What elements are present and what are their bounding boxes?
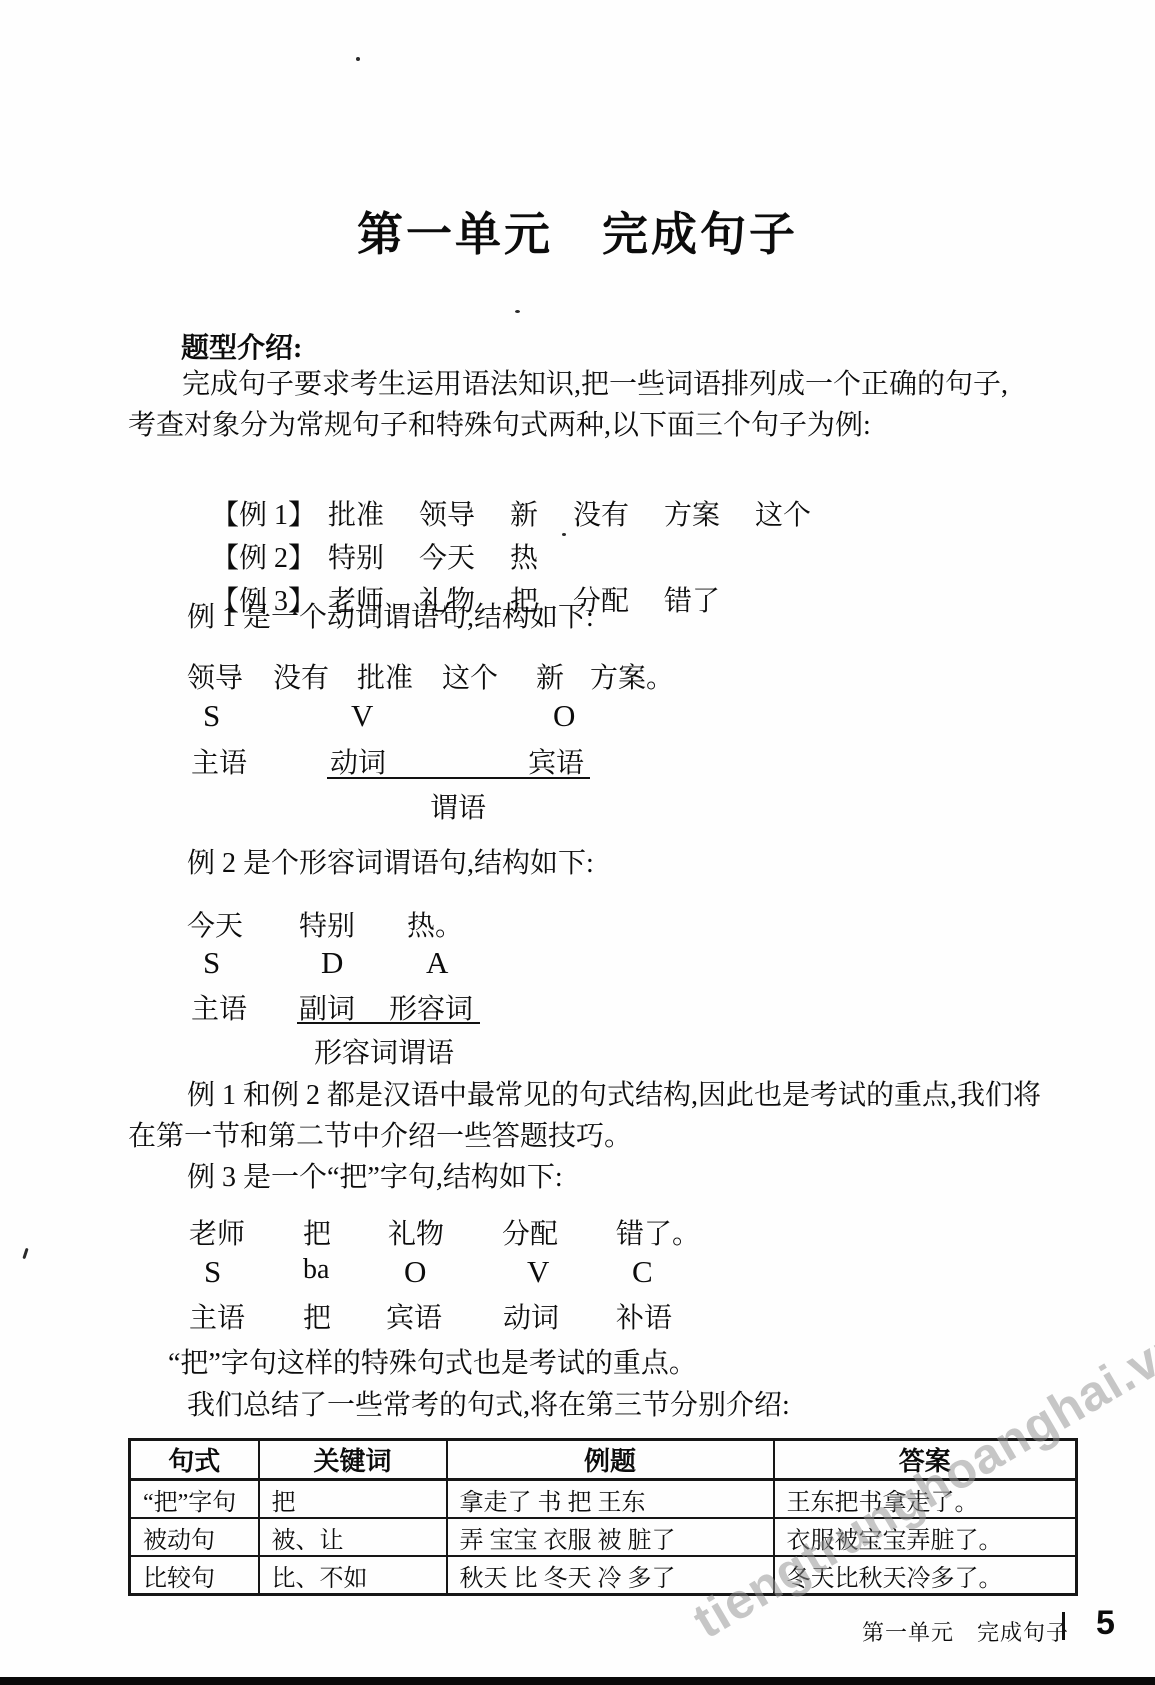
a3-grammar-letter: V (527, 1254, 549, 1290)
cell-example: 拿走了 书 把 王东 (447, 1480, 774, 1519)
a2-predicate-label: 形容词谓语 (314, 1031, 454, 1071)
predicate-underline (327, 777, 590, 779)
a3-grammar-letter: ba (303, 1254, 329, 1286)
a3-sentence-token: 错了。 (616, 1212, 700, 1252)
a3-sentence-token: 老师 (189, 1212, 245, 1252)
a1-sentence-token: 领导 (187, 656, 243, 696)
a1-grammar-letter: S (203, 698, 220, 734)
table-row: 比较句 比、不如 秋天 比 冬天 冷 多了 冬天比秋天冷多了。 (130, 1556, 1077, 1595)
cell-answer: 冬天比秋天冷多了。 (774, 1556, 1077, 1595)
col-header-answer: 答案 (774, 1440, 1077, 1480)
scan-speck (356, 57, 360, 61)
a3-grammar-letter: S (204, 1254, 221, 1290)
a2-sentence-token: 特别 (299, 904, 355, 944)
analysis1-intro: 例 1 是一个动词谓语句,结构如下: (187, 601, 594, 635)
cell-keyword: 被、让 (259, 1518, 447, 1556)
cell-keyword: 比、不如 (259, 1556, 447, 1595)
a1-role-token: 动词 (330, 741, 386, 781)
predicate-underline (297, 1022, 480, 1024)
analysis3-intro: 例 3 是一个“把”字句,结构如下: (187, 1161, 563, 1195)
a2-sentence-token: 热。 (407, 904, 463, 944)
scan-speck (515, 310, 520, 313)
a1-role-token: 主语 (191, 741, 247, 781)
a3-sentence-token: 分配 (502, 1212, 558, 1252)
note-line: “把”字句这样的特殊句式也是考试的重点。 (168, 1347, 697, 1381)
table-row: “把”字句 把 拿走了 书 把 王东 王东把书拿走了。 (130, 1480, 1077, 1519)
book-page: 第一单元 完成句子 题型介绍: 完成句子要求考生运用语法知识,把一些词语排列成一… (0, 0, 1155, 1685)
a3-grammar-letter: O (404, 1254, 426, 1290)
analysis2-intro: 例 2 是个形容词谓语句,结构如下: (187, 847, 594, 881)
a1-sentence-token: 没有 (273, 656, 329, 696)
scan-edge-bar (0, 1677, 1155, 1685)
a2-grammar-letter: D (321, 945, 343, 981)
page-number: 5 (1096, 1604, 1115, 1643)
middle-paragraph-line: 例 1 和例 2 都是汉语中最常见的句式结构,因此也是考试的重点,我们将 (187, 1079, 1041, 1113)
a2-grammar-letter: S (203, 945, 220, 981)
sentence-patterns-table: 句式 关键词 例题 答案 “把”字句 把 拿走了 书 把 王东 王东把书拿走了。… (128, 1438, 1078, 1596)
a3-sentence-token: 把 (303, 1212, 331, 1252)
a3-role-token: 动词 (503, 1296, 559, 1336)
cell-pattern: 被动句 (130, 1518, 259, 1556)
a3-role-token: 把 (303, 1296, 331, 1336)
middle-paragraph-line: 在第一节和第二节中介绍一些答题技巧。 (128, 1120, 632, 1154)
a3-sentence-token: 礼物 (388, 1212, 444, 1252)
a1-sentence-token: 新 (536, 656, 564, 696)
a2-grammar-letter: A (426, 945, 448, 981)
footer-divider-bar (1062, 1612, 1065, 1640)
a1-role-token: 宾语 (528, 741, 584, 781)
intro-paragraph-line: 考查对象分为常规句子和特殊句式两种,以下面三个句子为例: (128, 409, 871, 443)
page-title: 第一单元 完成句子 (0, 198, 1155, 264)
a1-sentence-token: 这个 (442, 656, 498, 696)
cell-pattern: 比较句 (130, 1556, 259, 1595)
example-item: 【例 3】老师 礼物 把 分配 错了 (183, 547, 720, 651)
footer-running-title: 第一单元 完成句子 (862, 1616, 1069, 1647)
cell-answer: 王东把书拿走了。 (774, 1480, 1077, 1519)
a2-sentence-token: 今天 (187, 904, 243, 944)
table-row: 被动句 被、让 弄 宝宝 衣服 被 脏了 衣服被宝宝弄脏了。 (130, 1518, 1077, 1556)
a3-role-token: 补语 (616, 1296, 672, 1336)
a2-role-token: 形容词 (389, 987, 473, 1027)
col-header-example: 例题 (447, 1440, 774, 1480)
table-header-row: 句式 关键词 例题 答案 (130, 1440, 1077, 1480)
cell-example: 秋天 比 冬天 冷 多了 (447, 1556, 774, 1595)
cell-keyword: 把 (259, 1480, 447, 1519)
a1-sentence-token: 方案。 (590, 656, 674, 696)
a3-grammar-letter: C (632, 1254, 653, 1290)
a3-role-token: 宾语 (386, 1296, 442, 1336)
cell-pattern: “把”字句 (130, 1480, 259, 1519)
a3-role-token: 主语 (189, 1296, 245, 1336)
intro-paragraph-line: 完成句子要求考生运用语法知识,把一些词语排列成一个正确的句子, (182, 368, 1008, 402)
a1-sentence-token: 批准 (357, 656, 413, 696)
scan-speck (22, 1248, 28, 1259)
col-header-keyword: 关键词 (259, 1440, 447, 1480)
col-header-pattern: 句式 (130, 1440, 259, 1480)
a1-predicate-label: 谓语 (430, 786, 486, 826)
a2-role-token: 副词 (299, 987, 355, 1027)
a2-role-token: 主语 (191, 987, 247, 1027)
a1-grammar-letter: V (351, 698, 373, 734)
cell-example: 弄 宝宝 衣服 被 脏了 (447, 1518, 774, 1556)
note-line: 我们总结了一些常考的句式,将在第三节分别介绍: (187, 1389, 790, 1423)
section-heading: 题型介绍: (181, 326, 302, 366)
a1-grammar-letter: O (553, 698, 575, 734)
cell-answer: 衣服被宝宝弄脏了。 (774, 1518, 1077, 1556)
